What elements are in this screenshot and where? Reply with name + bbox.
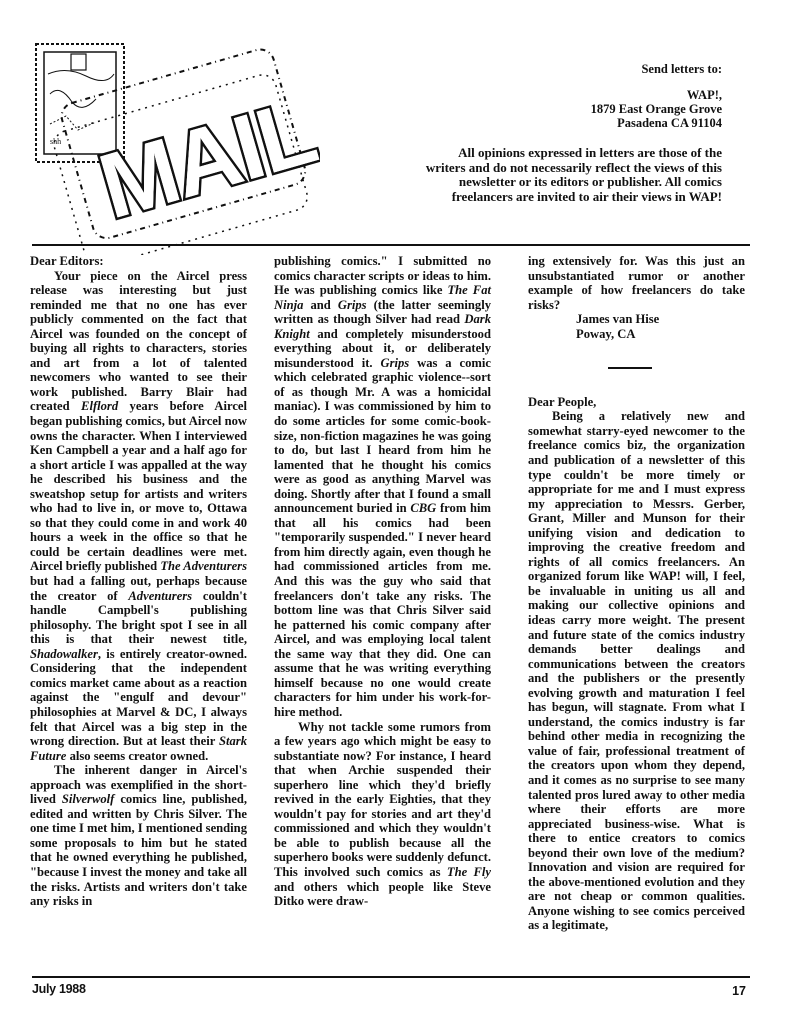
send-letters-heading: Send letters to:	[591, 62, 722, 76]
letter-1-salutation: Dear Editors:	[30, 254, 247, 269]
mail-logo: shh MAIL MAIL	[20, 20, 320, 255]
letter-1-paragraph-3: Why not tackle some rumors from a few ye…	[274, 720, 491, 909]
disclaimer-line: All opinions expressed in letters are th…	[362, 146, 722, 161]
address-line-3: Pasadena CA 91104	[591, 116, 722, 130]
signature-name: James van Hise	[528, 312, 745, 327]
column-3: ing extensively for. Was this just an un…	[528, 254, 745, 933]
text-run: Why not tackle some rumors from a few ye…	[274, 720, 491, 879]
text-run: Your piece on the Aircel press release w…	[30, 269, 247, 414]
title-adventurers: Adventurers	[128, 589, 192, 603]
text-run: years before Aircel began publishing com…	[30, 399, 247, 573]
page-number: 17	[732, 984, 746, 998]
mail-stamp-icon: shh MAIL MAIL	[20, 20, 320, 255]
text-run: and others which people like Steve Ditko…	[274, 880, 491, 909]
letter-1-paragraph-2: The inherent danger in Aircel's approach…	[30, 763, 247, 908]
text-run: , is entirely creator-owned. Considering…	[30, 647, 247, 748]
title-silverwolf: Silverwolf	[62, 792, 114, 806]
title-elflord: Elflord	[81, 399, 118, 413]
issue-date: July 1988	[32, 982, 86, 996]
letter-separator	[608, 367, 652, 369]
text-run: comics line, published, edited and writt…	[30, 792, 247, 908]
text-run: also seems creator owned.	[70, 749, 209, 763]
title-the-adventurers: The Adventurers	[160, 559, 247, 573]
text-run: from him that all his comics had been "t…	[274, 501, 491, 719]
text-run: was a comic which celebrated graphic vio…	[274, 356, 491, 515]
top-rule-divider	[32, 244, 750, 246]
letter-1-paragraph-2-cont: publishing comics." I submitted no comic…	[274, 254, 491, 720]
disclaimer-line: newsletter or its editors or publisher. …	[362, 175, 722, 190]
letter-2-paragraph-1: Being a relatively new and somewhat star…	[528, 409, 745, 933]
column-2: publishing comics." I submitted no comic…	[274, 254, 491, 909]
title-cbg: CBG	[410, 501, 436, 515]
address-line-1: WAP!,	[591, 88, 722, 102]
bottom-rule-divider	[32, 976, 750, 978]
letter-1-paragraph-1: Your piece on the Aircel press release w…	[30, 269, 247, 764]
svg-text:shh: shh	[50, 137, 61, 146]
title-shadowalker: Shadowalker	[30, 647, 98, 661]
send-letters-block: Send letters to: WAP!, 1879 East Orange …	[591, 62, 722, 130]
letter-2-salutation: Dear People,	[528, 395, 745, 410]
text-run: (the latter seemingly written as though …	[274, 298, 491, 327]
disclaimer: All opinions expressed in letters are th…	[362, 146, 722, 204]
disclaimer-line: writers and do not necessarily reflect t…	[362, 161, 722, 176]
letter-1-paragraph-3-cont: ing extensively for. Was this just an un…	[528, 254, 745, 312]
address-line-2: 1879 East Orange Grove	[591, 102, 722, 116]
title-the-fly: The Fly	[447, 865, 491, 879]
svg-text:MAIL: MAIL	[89, 81, 320, 239]
disclaimer-line: freelancers are invited to air their vie…	[362, 190, 722, 205]
text-run: and	[310, 298, 330, 312]
signature-location: Poway, CA	[528, 327, 745, 342]
column-1: Dear Editors: Your piece on the Aircel p…	[30, 254, 247, 909]
title-grips: Grips	[380, 356, 409, 370]
title-grips: Grips	[338, 298, 367, 312]
